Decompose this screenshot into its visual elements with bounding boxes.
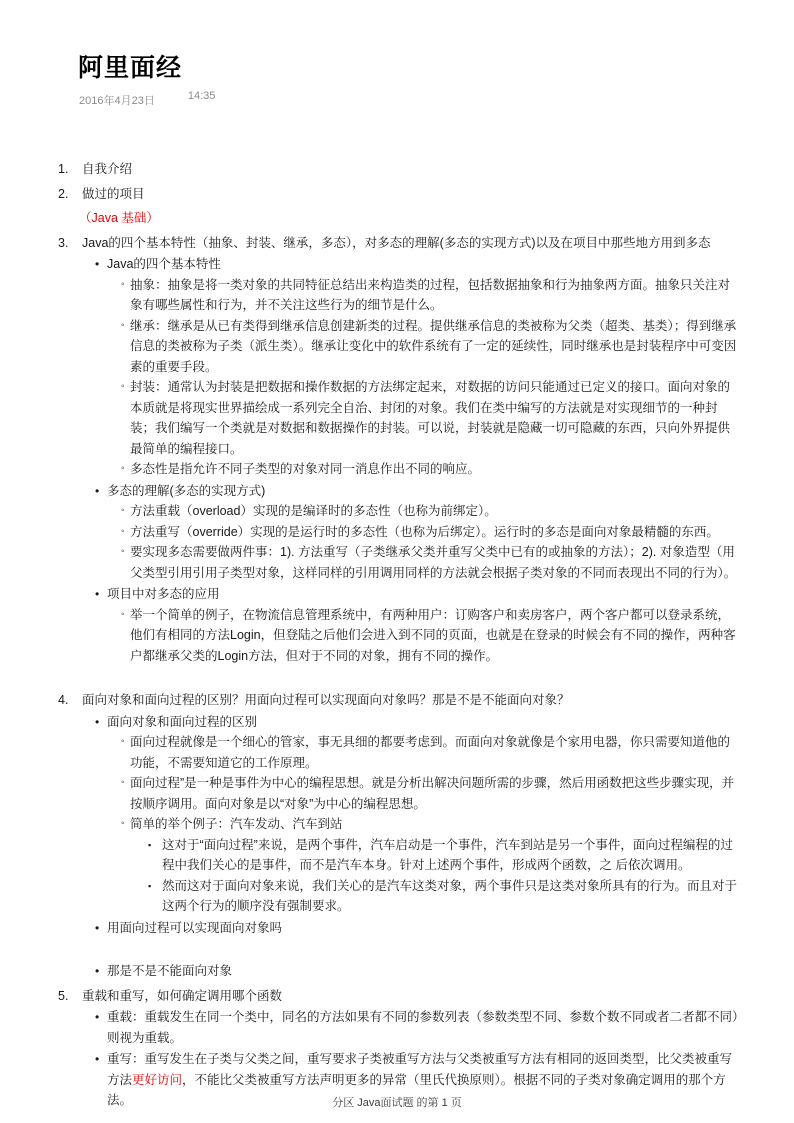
highlight-red-text: （Java 基础） — [79, 211, 159, 225]
bullet-item: •那是不是不能面向对象 — [58, 961, 740, 982]
numbered-item: 1.自我介绍 — [58, 159, 740, 180]
item-text: 这对于“面向过程”来说，是两个事件，汽车启动是一个事件，汽车到站是另一个事件，面… — [162, 835, 740, 876]
item-text: 方法重写（override）实现的是运行时的多态性（也称为后绑定）。运行时的多态… — [130, 522, 740, 543]
plain-item: （Java 基础） — [58, 208, 740, 229]
bullet-icon: ◦ — [121, 773, 130, 794]
document-page: 阿里面经 2016年4月23日 14:35 1.自我介绍2.做过的项目（Java… — [0, 0, 794, 1123]
text-segment: 抽象：抽象是将一类对象的共同特征总结出来构造类的过程，包括数据抽象和行为抽象两方… — [130, 278, 730, 313]
bullet-item: ◦封装：通常认为封装是把数据和操作数据的方法绑定起来，对数据的访问只能通过已定义… — [58, 377, 740, 459]
item-text: 做过的项目 — [82, 184, 740, 205]
item-text: 面向过程就像是一个细心的管家，事无具细的都要考虑到。而面向对象就像是个家用电器，… — [130, 732, 740, 773]
item-number: 5. — [58, 986, 82, 1007]
text-segment: 方法重写（override）实现的是运行时的多态性（也称为后绑定）。运行时的多态… — [130, 525, 719, 539]
item-number: 1. — [58, 159, 82, 180]
bullet-icon: ◦ — [121, 275, 130, 296]
item-text: 重载和重写，如何确定调用哪个函数 — [82, 986, 740, 1007]
item-text: 用面向过程可以实现面向对象吗 — [107, 918, 740, 939]
spacer — [58, 666, 740, 686]
bullet-icon: • — [95, 584, 107, 605]
bullet-icon: ▪ — [148, 835, 162, 856]
bullet-item: ◦要实现多态需要做两件事：1). 方法重写（子类继承父类并重写父类中已有的或抽象… — [58, 542, 740, 583]
bullet-item: •重载：重载发生在同一个类中，同名的方法如果有不同的参数列表（参数类型不同、参数… — [58, 1007, 740, 1048]
item-text: 面向过程”是一种是事件为中心的编程思想。就是分析出解决问题所需的步骤，然后用函数… — [130, 773, 740, 814]
item-text: 继承：继承是从已有类得到继承信息创建新类的过程。提供继承信息的类被称为父类（超类… — [130, 316, 740, 378]
item-text: 方法重载（overload）实现的是编译时的多态性（也称为前绑定）。 — [130, 501, 740, 522]
bullet-icon: ◦ — [121, 459, 130, 480]
numbered-item: 5.重载和重写，如何确定调用哪个函数 — [58, 986, 740, 1007]
page-date: 2016年4月23日 — [79, 95, 155, 107]
text-segment: 自我介绍 — [82, 162, 132, 176]
bullet-item: •Java的四个基本特性 — [58, 254, 740, 275]
item-number: 3. — [58, 233, 82, 254]
text-segment: 继承：继承是从已有类得到继承信息创建新类的过程。提供继承信息的类被称为父类（超类… — [130, 319, 736, 374]
bullet-item: ◦方法重载（overload）实现的是编译时的多态性（也称为前绑定）。 — [58, 501, 740, 522]
bullet-icon: ◦ — [121, 501, 130, 522]
item-text: Java的四个基本特性 — [107, 254, 740, 275]
bullet-item: ◦面向过程”是一种是事件为中心的编程思想。就是分析出解决问题所需的步骤，然后用函… — [58, 773, 740, 814]
page-time: 14:35 — [188, 90, 216, 102]
text-segment: 面向对象和面向过程的区别 — [107, 715, 257, 729]
text-segment: 那是不是不能面向对象 — [107, 964, 232, 978]
bullet-item: •用面向过程可以实现面向对象吗 — [58, 918, 740, 939]
item-text: （Java 基础） — [79, 208, 740, 229]
item-text: 重载：重载发生在同一个类中，同名的方法如果有不同的参数列表（参数类型不同、参数个… — [107, 1007, 740, 1048]
bullet-icon: • — [95, 1049, 107, 1070]
text-segment: 多态性是指允许不同子类型的对象对同一消息作出不同的响应。 — [130, 462, 480, 476]
bullet-icon: • — [95, 961, 107, 982]
item-text: 面向对象和面向过程的区别 — [107, 712, 740, 733]
item-text: 然而这对于面向对象来说，我们关心的是汽车这类对象，两个事件只是这类对象所具有的行… — [162, 876, 740, 917]
text-segment: 要实现多态需要做两件事：1). 方法重写（子类继承父类并重写父类中已有的或抽象的… — [130, 545, 736, 580]
bullet-icon: ◦ — [121, 732, 130, 753]
bullet-icon: • — [95, 712, 107, 733]
item-text: 那是不是不能面向对象 — [107, 961, 740, 982]
bullet-item: •项目中对多态的应用 — [58, 584, 740, 605]
item-text: 面向对象和面向过程的区别？用面向过程可以实现面向对象吗？那是不是不能面向对象？ — [82, 690, 740, 711]
outline: 1.自我介绍2.做过的项目（Java 基础）3.Java的四个基本特性（抽象、封… — [58, 155, 740, 1111]
bullet-item: •面向对象和面向过程的区别 — [58, 712, 740, 733]
text-segment: 重载：重载发生在同一个类中，同名的方法如果有不同的参数列表（参数类型不同、参数个… — [107, 1010, 738, 1045]
numbered-item: 3.Java的四个基本特性（抽象、封装、继承，多态），对多态的理解(多态的实现方… — [58, 233, 740, 254]
bullet-item: ◦简单的举个例子：汽车发动、汽车到站 — [58, 814, 740, 835]
bullet-icon: • — [95, 1007, 107, 1028]
page-meta: 2016年4月23日 14:35 — [79, 92, 215, 108]
item-text: 多态的理解(多态的实现方式) — [107, 481, 740, 502]
item-text: Java的四个基本特性（抽象、封装、继承，多态），对多态的理解(多态的实现方式)… — [82, 233, 740, 254]
bullet-icon: ◦ — [121, 605, 130, 626]
text-segment: Java的四个基本特性 — [107, 257, 221, 271]
item-text: 抽象：抽象是将一类对象的共同特征总结出来构造类的过程，包括数据抽象和行为抽象两方… — [130, 275, 740, 316]
text-segment: 这对于“面向过程”来说，是两个事件，汽车启动是一个事件，汽车到站是另一个事件，面… — [162, 838, 733, 873]
highlight-red-text: 更好访问 — [132, 1073, 182, 1087]
bullet-item: ◦面向过程就像是一个细心的管家，事无具细的都要考虑到。而面向对象就像是个家用电器… — [58, 732, 740, 773]
spacer — [58, 938, 740, 960]
bullet-item: ◦举一个简单的例子，在物流信息管理系统中，有两种用户：订购客户和卖房客户，两个客… — [58, 605, 740, 667]
text-segment: 简单的举个例子：汽车发动、汽车到站 — [130, 817, 343, 831]
text-segment: 面向过程就像是一个细心的管家，事无具细的都要考虑到。而面向对象就像是个家用电器，… — [130, 735, 730, 770]
bullet-icon: • — [95, 481, 107, 502]
bullet-item: ◦继承：继承是从已有类得到继承信息创建新类的过程。提供继承信息的类被称为父类（超… — [58, 316, 740, 378]
item-text: 项目中对多态的应用 — [107, 584, 740, 605]
text-segment: 做过的项目 — [82, 187, 145, 201]
text-segment: 多态的理解(多态的实现方式) — [107, 484, 265, 498]
bullet-item: •多态的理解(多态的实现方式) — [58, 481, 740, 502]
text-segment: Java的四个基本特性（抽象、封装、继承，多态），对多态的理解(多态的实现方式)… — [82, 236, 710, 250]
item-text: 举一个简单的例子，在物流信息管理系统中，有两种用户：订购客户和卖房客户，两个客户… — [130, 605, 740, 667]
text-segment: 封装：通常认为封装是把数据和操作数据的方法绑定起来，对数据的访问只能通过已定义的… — [130, 380, 730, 456]
bullet-icon: ◦ — [121, 316, 130, 337]
bullet-icon: ◦ — [121, 542, 130, 563]
text-segment: 举一个简单的例子，在物流信息管理系统中，有两种用户：订购客户和卖房客户，两个客户… — [130, 608, 736, 663]
text-segment: 用面向过程可以实现面向对象吗 — [107, 921, 282, 935]
item-number: 4. — [58, 690, 82, 711]
item-text: 封装：通常认为封装是把数据和操作数据的方法绑定起来，对数据的访问只能通过已定义的… — [130, 377, 740, 459]
bullet-item: ◦多态性是指允许不同子类型的对象对同一消息作出不同的响应。 — [58, 459, 740, 480]
page-footer: 分区 Java面试题 的第 1 页 — [0, 1094, 794, 1110]
text-segment: 然而这对于面向对象来说，我们关心的是汽车这类对象，两个事件只是这类对象所具有的行… — [162, 879, 737, 914]
text-segment: 方法重载（overload）实现的是编译时的多态性（也称为前绑定）。 — [130, 504, 497, 518]
text-segment: 项目中对多态的应用 — [107, 587, 220, 601]
bullet-item: ▪然而这对于面向对象来说，我们关心的是汽车这类对象，两个事件只是这类对象所具有的… — [58, 876, 740, 917]
item-text: 简单的举个例子：汽车发动、汽车到站 — [130, 814, 740, 835]
item-number: 2. — [58, 184, 82, 205]
text-segment: 面向对象和面向过程的区别？用面向过程可以实现面向对象吗？那是不是不能面向对象？ — [82, 693, 570, 707]
bullet-icon: • — [95, 918, 107, 939]
bullet-icon: ◦ — [121, 522, 130, 543]
bullet-icon: • — [95, 254, 107, 275]
bullet-item: ◦方法重写（override）实现的是运行时的多态性（也称为后绑定）。运行时的多… — [58, 522, 740, 543]
bullet-icon: ▪ — [148, 876, 162, 897]
numbered-item: 2.做过的项目 — [58, 184, 740, 205]
bullet-item: ▪这对于“面向过程”来说，是两个事件，汽车启动是一个事件，汽车到站是另一个事件，… — [58, 835, 740, 876]
text-segment: 重载和重写，如何确定调用哪个函数 — [82, 989, 282, 1003]
bullet-icon: ◦ — [121, 814, 130, 835]
numbered-item: 4.面向对象和面向过程的区别？用面向过程可以实现面向对象吗？那是不是不能面向对象… — [58, 690, 740, 711]
item-text: 要实现多态需要做两件事：1). 方法重写（子类继承父类并重写父类中已有的或抽象的… — [130, 542, 740, 583]
item-text: 自我介绍 — [82, 159, 740, 180]
page-title: 阿里面经 — [78, 48, 182, 84]
text-segment: 面向过程”是一种是事件为中心的编程思想。就是分析出解决问题所需的步骤，然后用函数… — [130, 776, 734, 811]
item-text: 多态性是指允许不同子类型的对象对同一消息作出不同的响应。 — [130, 459, 740, 480]
bullet-icon: ◦ — [121, 377, 130, 398]
bullet-item: ◦抽象：抽象是将一类对象的共同特征总结出来构造类的过程，包括数据抽象和行为抽象两… — [58, 275, 740, 316]
